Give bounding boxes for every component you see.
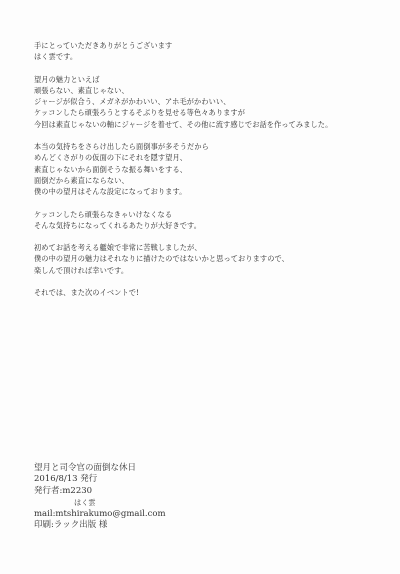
text-line: ケッコンしたら頑張らなきゃいけなくなる xyxy=(34,209,374,220)
text-line: 望月の魅力といえば xyxy=(34,74,374,85)
text-line: 本当の気持ちをさらけ出したら面倒事が多そうだから xyxy=(34,141,374,152)
kekkon-paragraph: ケッコンしたら頑張らなきゃいけなくなる そんな気持ちになってくれるあたりが大好き… xyxy=(34,209,374,232)
text-line: ジャージが似合う、メガネがかわいい、アホ毛がかわいい、 xyxy=(34,96,374,107)
text-line: めんどくさがりの仮面の下にそれを隠す望月、 xyxy=(34,152,374,163)
text-line: 僕の中の望月はそんな設定になっております。 xyxy=(34,186,374,197)
closing-paragraph: 初めてお話を考える艦娘で非常に苦戦しましたが、 僕の中の望月の魅力はそれなりに描… xyxy=(34,242,374,276)
text-line: そんな気持ちになってくれるあたりが大好きです。 xyxy=(34,220,374,231)
contact-email: mail:mtshirakumo@gmail.com xyxy=(34,509,234,520)
publisher: 発行者:m2230 xyxy=(34,486,234,497)
farewell-paragraph: それでは、また次のイベントで! xyxy=(34,287,374,298)
greeting-paragraph: 手にとっていただきありがとうございます はく雲です。 xyxy=(34,40,374,63)
text-line: 手にとっていただきありがとうございます xyxy=(34,40,374,51)
text-line: 素直じゃないから面倒そうな振る舞いをする、 xyxy=(34,164,374,175)
author-name: はく雲 xyxy=(34,497,234,508)
feelings-paragraph: 本当の気持ちをさらけ出したら面倒事が多そうだから めんどくさがりの仮面の下にそれ… xyxy=(34,141,374,197)
charm-paragraph: 望月の魅力といえば 頑張らない、素直じゃない、 ジャージが似合う、メガネがかわい… xyxy=(34,74,374,130)
text-line: 面倒だから素直にならない、 xyxy=(34,175,374,186)
printer: 印刷:ラック出版 様 xyxy=(34,520,234,531)
text-line: 楽しんで頂ければ幸いです。 xyxy=(34,265,374,276)
text-line: 頑張らない、素直じゃない、 xyxy=(34,85,374,96)
book-title: 望月と司令官の面倒な休日 xyxy=(34,463,234,474)
text-line: それでは、また次のイベントで! xyxy=(34,287,374,298)
text-line: ケッコンしたら頑張ろうとするそぶりを見せる等色々ありますが xyxy=(34,107,374,118)
afterword-text: 手にとっていただきありがとうございます はく雲です。 望月の魅力といえば 頑張ら… xyxy=(34,40,374,309)
publish-date: 2016/8/13 発行 xyxy=(34,474,234,485)
text-line: 今回は素直じゃないの軸にジャージを着せて、その他に流す感じでお話を作ってみました… xyxy=(34,119,374,130)
text-line: 僕の中の望月の魅力はそれなりに描けたのではないかと思っておりますので、 xyxy=(34,253,374,264)
afterword-page: 手にとっていただきありがとうございます はく雲です。 望月の魅力といえば 頑張ら… xyxy=(0,0,400,574)
text-line: はく雲です。 xyxy=(34,51,374,62)
text-line: 初めてお話を考える艦娘で非常に苦戦しましたが、 xyxy=(34,242,374,253)
colophon: 望月と司令官の面倒な休日 2016/8/13 発行 発行者:m2230 はく雲 … xyxy=(34,463,234,531)
